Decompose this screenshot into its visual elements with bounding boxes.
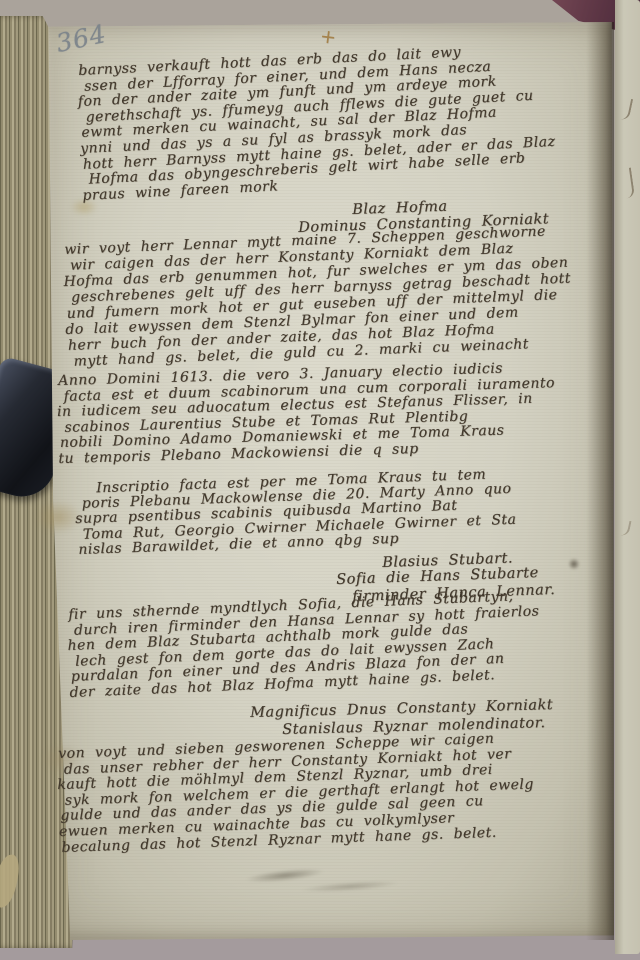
- facing-page-edge: [615, 0, 640, 954]
- text-paragraph-4-inscriptio: Inscriptio facta est per me Toma Kraus t…: [76, 467, 517, 558]
- ink-bleedthrough: [619, 97, 633, 121]
- text-paragraph-2: wir voyt herr Lennar mytt maine 7. Schep…: [64, 223, 574, 370]
- ink-bleedthrough: [621, 167, 635, 198]
- ink-bleedthrough: [618, 519, 631, 537]
- text-paragraph-5: fir uns sthernde myndtlych Sofia, die Ha…: [68, 588, 542, 701]
- text-paragraph-1: barnyss verkauft hott das erb das do lai…: [78, 41, 557, 204]
- text-paragraph-6: von voyt und sieben gesworenen Scheppe w…: [58, 730, 536, 856]
- cross-mark: +: [319, 25, 337, 49]
- photo-backdrop: 364 + barnyss verkauft hott das erb das …: [0, 0, 640, 960]
- text-paragraph-3-latin: Anno Domini 1613. die vero 3. January el…: [58, 360, 557, 467]
